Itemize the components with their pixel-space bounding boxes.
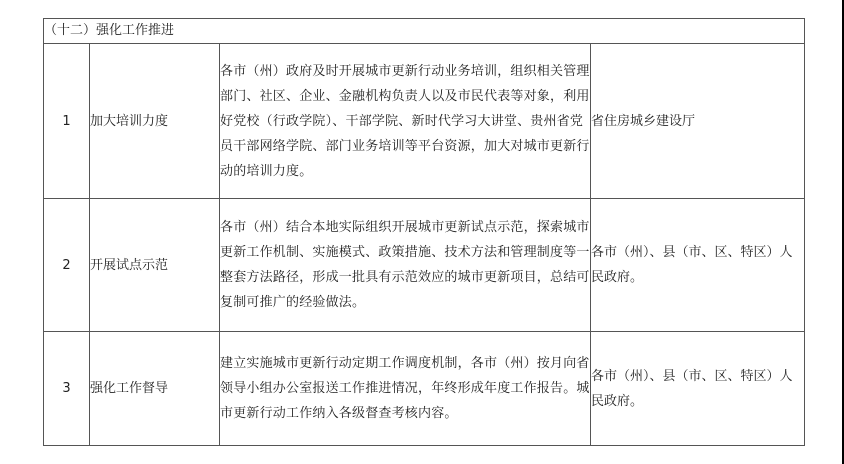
task-description: 各市（州）政府及时开展城市更新行动业务培训，组织相关管理部门、社区、企业、金融机… bbox=[220, 44, 591, 199]
row-number: 3 bbox=[44, 332, 90, 446]
task-description: 各市（州）结合本地实际组织开展城市更新试点示范，探索城市更新工作机制、实施模式、… bbox=[220, 199, 591, 332]
task-name: 强化工作督导 bbox=[90, 332, 220, 446]
responsible-unit: 各市（州）、县（市、区、特区）人民政府。 bbox=[591, 332, 805, 446]
task-description: 建立实施城市更新行动定期工作调度机制，各市（州）按月向省领导小组办公室报送工作推… bbox=[220, 332, 591, 446]
section-header-row: （十二）强化工作推进 bbox=[44, 19, 805, 44]
responsible-unit: 省住房城乡建设厅 bbox=[591, 44, 805, 199]
responsible-unit: 各市（州）、县（市、区、特区）人民政府。 bbox=[591, 199, 805, 332]
task-name: 开展试点示范 bbox=[90, 199, 220, 332]
work-promotion-table: （十二）强化工作推进 1 加大培训力度 各市（州）政府及时开展城市更新行动业务培… bbox=[43, 18, 805, 446]
task-description-text: 各市（州）政府及时开展城市更新行动业务培训，组织相关管理部门、社区、企业、金融机… bbox=[220, 59, 590, 184]
table-row: 1 加大培训力度 各市（州）政府及时开展城市更新行动业务培训，组织相关管理部门、… bbox=[44, 44, 805, 199]
section-title: （十二）强化工作推进 bbox=[44, 19, 805, 44]
row-number: 2 bbox=[44, 199, 90, 332]
task-description-text: 建立实施城市更新行动定期工作调度机制，各市（州）按月向省领导小组办公室报送工作推… bbox=[220, 351, 590, 426]
task-name: 加大培训力度 bbox=[90, 44, 220, 199]
table-row: 3 强化工作督导 建立实施城市更新行动定期工作调度机制，各市（州）按月向省领导小… bbox=[44, 332, 805, 446]
row-number: 1 bbox=[44, 44, 90, 199]
task-description-text: 各市（州）结合本地实际组织开展城市更新试点示范，探索城市更新工作机制、实施模式、… bbox=[220, 215, 590, 315]
table-row: 2 开展试点示范 各市（州）结合本地实际组织开展城市更新试点示范，探索城市更新工… bbox=[44, 199, 805, 332]
